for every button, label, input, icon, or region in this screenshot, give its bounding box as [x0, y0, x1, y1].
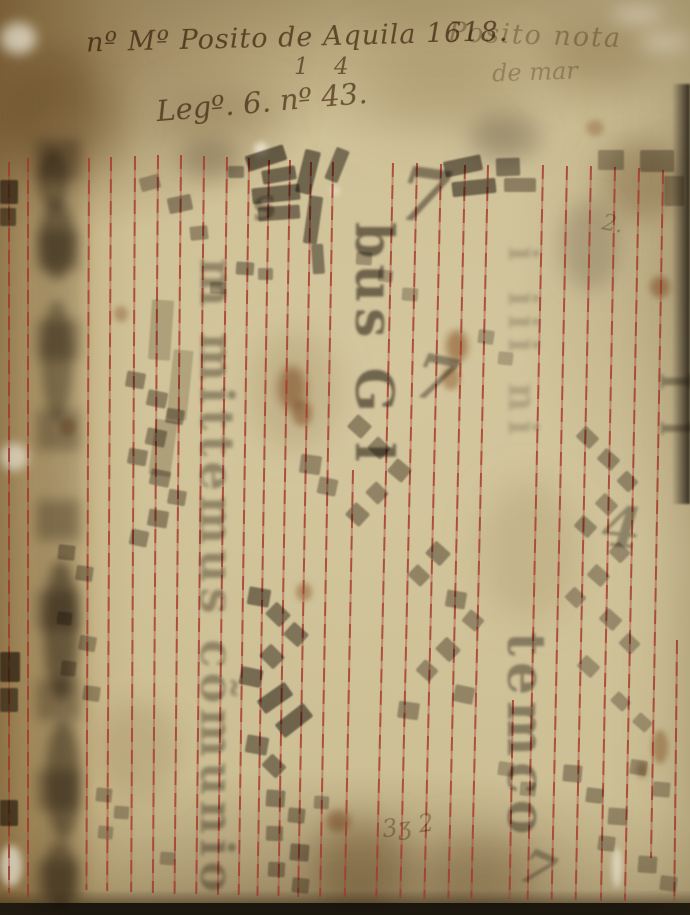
- note-blob: [287, 807, 305, 824]
- note-blob: [247, 586, 272, 608]
- note-blob: [291, 877, 309, 894]
- note-blob: [210, 282, 226, 295]
- inscription-title: nº Mº Posito de Aquila 1618.: [86, 18, 509, 56]
- note-blob: [261, 753, 287, 778]
- note-blob: [311, 244, 325, 275]
- stain-smudge: [38, 150, 68, 210]
- note-blob: [585, 787, 604, 804]
- inscription-bottom-squiggle: 3ʒ 2: [381, 811, 436, 842]
- note-blob: [148, 299, 174, 360]
- note-blob: [165, 408, 185, 426]
- staff-line: [85, 158, 89, 890]
- note-blob: [598, 150, 624, 170]
- note-blob: [228, 166, 244, 178]
- note-blob: [616, 470, 639, 493]
- note-blob: [146, 389, 169, 409]
- note-blob: [607, 807, 627, 825]
- note-blob: [397, 701, 420, 721]
- inscription-faint-right-2: de mar: [492, 59, 579, 86]
- note-blob: [60, 660, 76, 676]
- note-blob: [451, 178, 496, 198]
- note-blob: [57, 544, 75, 561]
- staff-line: [174, 155, 182, 894]
- note-blob: [629, 759, 648, 776]
- stain-smudge: [44, 560, 78, 700]
- note-blob: [497, 761, 515, 777]
- note-blob: [618, 632, 641, 655]
- note-blob: [596, 448, 620, 472]
- stain-white: [0, 443, 28, 471]
- note-blob: [356, 251, 373, 265]
- note-blob: [0, 180, 18, 204]
- note-blob: [56, 611, 72, 625]
- staff-line: [8, 162, 10, 893]
- stain-smudge: [42, 300, 72, 420]
- note-blob: [477, 329, 495, 345]
- note-blob: [425, 540, 451, 566]
- note-blob: [258, 205, 301, 222]
- inscription-faint-right-3: 2.: [600, 212, 625, 237]
- note-blob: [632, 712, 653, 733]
- note-blob: [78, 635, 97, 653]
- note-blob: [0, 208, 16, 226]
- note-blob: [314, 795, 330, 809]
- note-blob: [144, 427, 167, 448]
- note-blob: [147, 508, 170, 528]
- stain-smudge: [40, 200, 74, 280]
- note-blob: [497, 351, 513, 365]
- note-blob: [0, 652, 20, 682]
- note-blob: [597, 835, 616, 852]
- note-blob: [659, 875, 678, 892]
- note-blob: [245, 734, 270, 756]
- staff-line: [673, 640, 677, 901]
- stain-smudge: [470, 115, 540, 160]
- gothic-text-column: bus G l: [334, 222, 399, 532]
- note-blob: [324, 147, 350, 184]
- note-blob: [236, 261, 255, 275]
- staff-line: [423, 164, 441, 899]
- clef-glyph: 7: [408, 344, 463, 414]
- note-blob: [445, 589, 468, 609]
- note-blob: [415, 659, 438, 682]
- note-blob: [114, 805, 130, 819]
- note-blob: [167, 194, 194, 215]
- stain-white: [612, 6, 664, 22]
- note-blob: [377, 269, 393, 283]
- note-blob: [125, 370, 146, 389]
- note-blob: [258, 268, 273, 280]
- note-blob: [75, 565, 94, 582]
- note-blob: [160, 851, 176, 865]
- stain-white: [0, 845, 22, 887]
- inscription-shelfmark: Legº. 6. nº 43.: [155, 79, 368, 126]
- note-blob: [461, 609, 484, 632]
- note-blob: [283, 621, 309, 647]
- note-blob: [435, 636, 461, 662]
- note-blob: [266, 826, 284, 842]
- note-blob: [295, 149, 321, 196]
- note-blob: [496, 158, 521, 177]
- note-blob: [402, 287, 419, 301]
- note-blob: [562, 764, 582, 783]
- note-blob: [256, 682, 293, 715]
- note-blob: [261, 165, 297, 185]
- note-blob: [452, 684, 475, 705]
- note-blob: [251, 184, 300, 205]
- note-blob: [0, 800, 18, 826]
- note-blob: [0, 688, 18, 712]
- note-blob: [299, 454, 322, 476]
- note-blob: [265, 601, 291, 627]
- note-blob: [407, 564, 430, 587]
- note-blob: [82, 685, 101, 702]
- note-blob: [167, 489, 187, 507]
- inscription-number: 1 4: [294, 56, 358, 79]
- staff-line: [277, 160, 290, 896]
- stain-white: [640, 34, 690, 50]
- note-blob: [268, 862, 286, 878]
- note-blob: [95, 787, 112, 803]
- stain-brown: [100, 700, 180, 800]
- stain-white: [612, 848, 622, 888]
- note-blob: [519, 781, 536, 796]
- stain-white: [0, 22, 36, 54]
- inscription-faint-right-1: Posito nota: [448, 19, 623, 52]
- stain-smudge: [44, 840, 76, 910]
- manuscript-cover-photo: m mittemus cõmunio Quimusbus G li iii ni…: [0, 0, 690, 915]
- staff-line: [447, 165, 465, 899]
- staff-line: [297, 162, 311, 897]
- note-blob: [637, 855, 657, 873]
- note-blob: [127, 447, 148, 466]
- note-blob: [316, 476, 338, 497]
- staff-line: [27, 158, 29, 897]
- gothic-text-column: I l: [644, 372, 690, 562]
- note-blob: [652, 781, 670, 797]
- stain-rust: [114, 306, 128, 322]
- note-blob: [504, 178, 536, 192]
- note-blob: [97, 825, 113, 839]
- note-blob: [303, 195, 324, 244]
- gothic-text-column: i iii ni: [492, 246, 542, 546]
- stain-smudge: [46, 720, 80, 840]
- stain-rust: [652, 730, 668, 764]
- note-blob: [664, 176, 684, 206]
- note-blob: [149, 468, 172, 488]
- note-blob: [598, 608, 622, 632]
- note-blob: [189, 225, 208, 241]
- note-blob: [265, 789, 285, 807]
- note-blob: [640, 150, 674, 172]
- note-blob: [289, 843, 309, 862]
- stain-rust: [586, 120, 604, 136]
- note-blob: [575, 426, 599, 450]
- note-blob: [129, 528, 150, 547]
- gothic-text-column: m mittemus cõmunio Quimus: [182, 258, 240, 798]
- stain-rust: [60, 418, 76, 436]
